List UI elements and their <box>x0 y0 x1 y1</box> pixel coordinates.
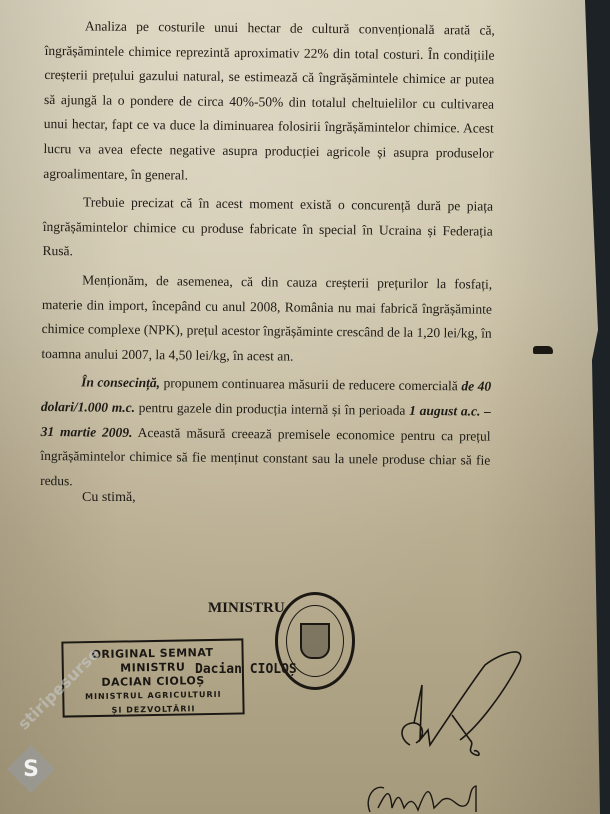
ink-mark <box>533 346 553 354</box>
paragraph-costs: Analiza pe costurile unui hectar de cult… <box>43 14 495 191</box>
official-seal <box>275 592 355 690</box>
signatory-title: MINISTRU <box>208 600 285 617</box>
paragraph-phosphates: Menționăm, de asemenea, că din cauza cre… <box>41 268 492 371</box>
coat-of-arms-icon <box>300 623 330 659</box>
proposal-lead: În consecință, <box>81 375 160 391</box>
closing-salutation: Cu stimă, <box>82 490 136 506</box>
paragraph-competition: Trebuie precizat că în acest moment exis… <box>42 190 493 268</box>
document-page: Analiza pe costurile unui hectar de cult… <box>0 0 600 814</box>
second-signature <box>360 778 510 814</box>
letter-body: Analiza pe costurile unui hectar de cult… <box>40 14 495 502</box>
watermark-logo-icon: S <box>7 745 55 793</box>
paragraph-proposal: În consecință, propunem continuarea măsu… <box>40 370 491 498</box>
handwritten-signature <box>390 645 540 765</box>
